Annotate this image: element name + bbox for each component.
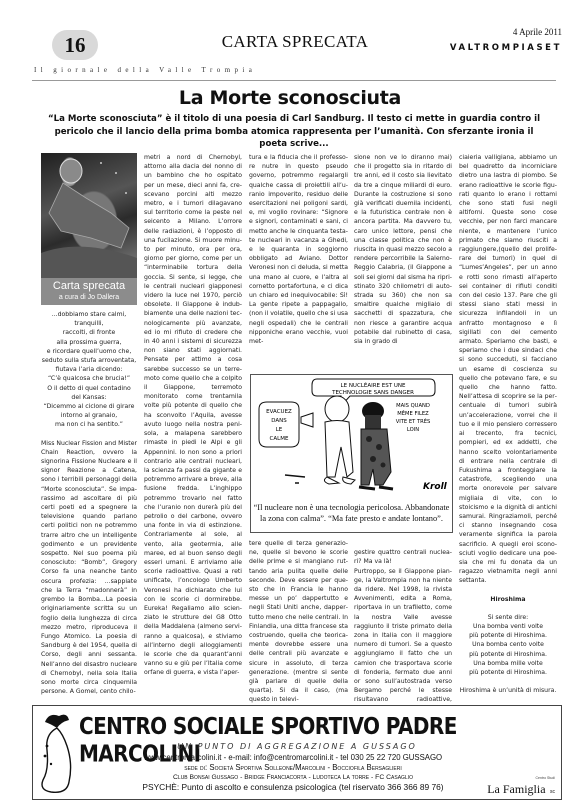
body-text: Miss Nuclear Fission and Mister Chain Re… (41, 439, 137, 697)
sponsor-logo: Centro Studi La Famiglia sc (487, 776, 555, 798)
poem-line: seduto sulla stufa arroventata, (41, 356, 137, 365)
cartoon-illustration-icon: LE NUCLÉAIRE EST UNE TECHNOLOGIE SANS DA… (255, 377, 448, 499)
body-text: tere quelle di terza generazio­ne, quell… (249, 539, 348, 705)
closing-poem-title: Hiroshima (459, 595, 557, 604)
svg-text:CALME: CALME (270, 436, 289, 442)
cartoon: LE NUCLÉAIRE EST UNE TECHNOLOGIE SANS DA… (250, 374, 453, 533)
article-subhead: “La Morte sconosciuta” è il titolo di un… (40, 113, 548, 151)
bubble-top-line1: LE NUCLÉAIRE EST UNE (341, 381, 406, 389)
article-column-4-continued: gestire quattro centrali nuclea­ri? Ma v… (354, 539, 452, 723)
svg-text:EVACUEZ: EVACUEZ (266, 409, 292, 415)
poem-line: ...dobbiamo stare calmi, (41, 310, 137, 319)
poem-line: O il detto di quel contadino (41, 384, 137, 393)
poem-line: intorno al granaio, (41, 411, 137, 420)
poem-line: “C’è qualcosa che brucia!” (41, 374, 137, 383)
poem-line: ma non ci ha sentito.” (41, 420, 137, 429)
column-badge-byline: a cura di Jo Dallera (41, 293, 137, 302)
closing-poem: Si sente dire: Una bomba venti volte più… (459, 613, 557, 677)
body-text: metri a nord di Chernobyl, attorno alla … (144, 153, 242, 678)
advert-contact-line[interactable]: www.centromarcolini.it - e-mail: info@ce… (93, 753, 493, 762)
column-badge-photo (41, 153, 137, 278)
advertisement-banner[interactable]: CENTRO SOCIALE SPORTIVO PADRE MARCOLINI … (32, 705, 562, 800)
advert-affiliates-line: sede di: Società Sportiva Solleone/Marco… (93, 763, 493, 772)
sponsor-small-label: Centro Studi (487, 776, 555, 780)
cartoonist-signature: Kroll (423, 482, 448, 492)
article-headline: La Morte sconosciuta (0, 87, 580, 109)
advert-slogan: UN PUNTO DI AGGREGAZIONE A GUSSAGO (33, 742, 561, 751)
article-column-5: ciaieria valligiana, abbiamo un bel quad… (459, 153, 557, 695)
page-number: 16 (52, 30, 98, 60)
poem-line: più potente di Hiroshima. (459, 650, 557, 659)
advert-psyche-line: PSYCHÈ: Punto di ascolto e consulenza ps… (93, 783, 493, 792)
article-column-4: sione non ve lo diranno mai) che il prog… (354, 153, 452, 346)
poem-line: alla prossima guerra, (41, 338, 137, 347)
marcolini-logo-icon (37, 710, 77, 796)
poem-line: raccolti, di fronte (41, 328, 137, 337)
poem-line: del Kansas: (41, 393, 137, 402)
poem-line: più potente di Hiroshima. (459, 631, 557, 640)
poem-line: Una bomba mille volte (459, 659, 557, 668)
article-column-3: tura e la fiducia che il professo­re nut… (249, 153, 348, 346)
tagline: Il giornale della Valle Trompia (34, 66, 256, 74)
article-column-1: Carta sprecata a cura di Jo Dallera ...d… (41, 153, 137, 696)
svg-text:LE: LE (276, 427, 283, 433)
svg-text:DANS: DANS (271, 418, 287, 424)
svg-text:MAIS QUAND: MAIS QUAND (396, 403, 430, 409)
section-title: CARTA SPRECATA (190, 32, 400, 52)
svg-text:MÊME FILEZ: MÊME FILEZ (397, 409, 429, 417)
poem-line: più potente di Hiroshima. (459, 668, 557, 677)
sponsor-name: La Famiglia (487, 782, 545, 796)
article-column-2: metri a nord di Chernobyl, attorno alla … (144, 153, 242, 678)
poem-line: Una bomba cento volte (459, 640, 557, 649)
poem-line: “Dicemmo al ciclone di girare (41, 402, 137, 411)
cartoon-caption: “Il nucleare non è una tecnologia perico… (253, 502, 450, 524)
poem-line: fiutava l’aria dicendo: (41, 365, 137, 374)
intro-poem: ...dobbiamo stare calmi, tranquilli, rac… (41, 310, 137, 430)
column-badge-title: Carta sprecata (41, 280, 137, 293)
body-text: sione non ve lo diranno mai) che il prog… (354, 153, 452, 346)
svg-text:LOIN: LOIN (407, 427, 419, 433)
poem-line: Una bomba venti volte (459, 622, 557, 631)
bubble-top-line2: TECHNOLOGIE SANS DANGER (331, 390, 414, 396)
closing-poem-last-line: Hiroshima è un’unità di misura. (459, 686, 557, 695)
masthead: VALTROMPIASET (450, 43, 562, 53)
body-text: tura e la fiducia che il professo­re nut… (249, 153, 348, 346)
astronaut-illustration-icon (41, 153, 137, 278)
header-divider (32, 80, 556, 81)
sponsor-suffix: sc (550, 789, 555, 795)
advert-clubs-line: Club Bonsai Gussago - Bridge Franciacort… (93, 773, 493, 782)
article-column-3-continued: tere quelle di terza generazio­ne, quell… (249, 539, 348, 705)
body-text: gestire quattro centrali nuclea­ri? Ma v… (354, 548, 452, 714)
body-text: ciaieria valligiana, abbiamo un bel quad… (459, 153, 557, 586)
column-badge: Carta sprecata a cura di Jo Dallera (41, 278, 137, 305)
issue-date: 4 Aprile 2011 (513, 27, 562, 37)
svg-text:VITE ET TRÈS: VITE ET TRÈS (396, 417, 431, 425)
poem-line: e ricordare quell’uomo che, (41, 347, 137, 356)
poem-line: Si sente dire: (459, 613, 557, 622)
poem-line: tranquilli, (41, 319, 137, 328)
